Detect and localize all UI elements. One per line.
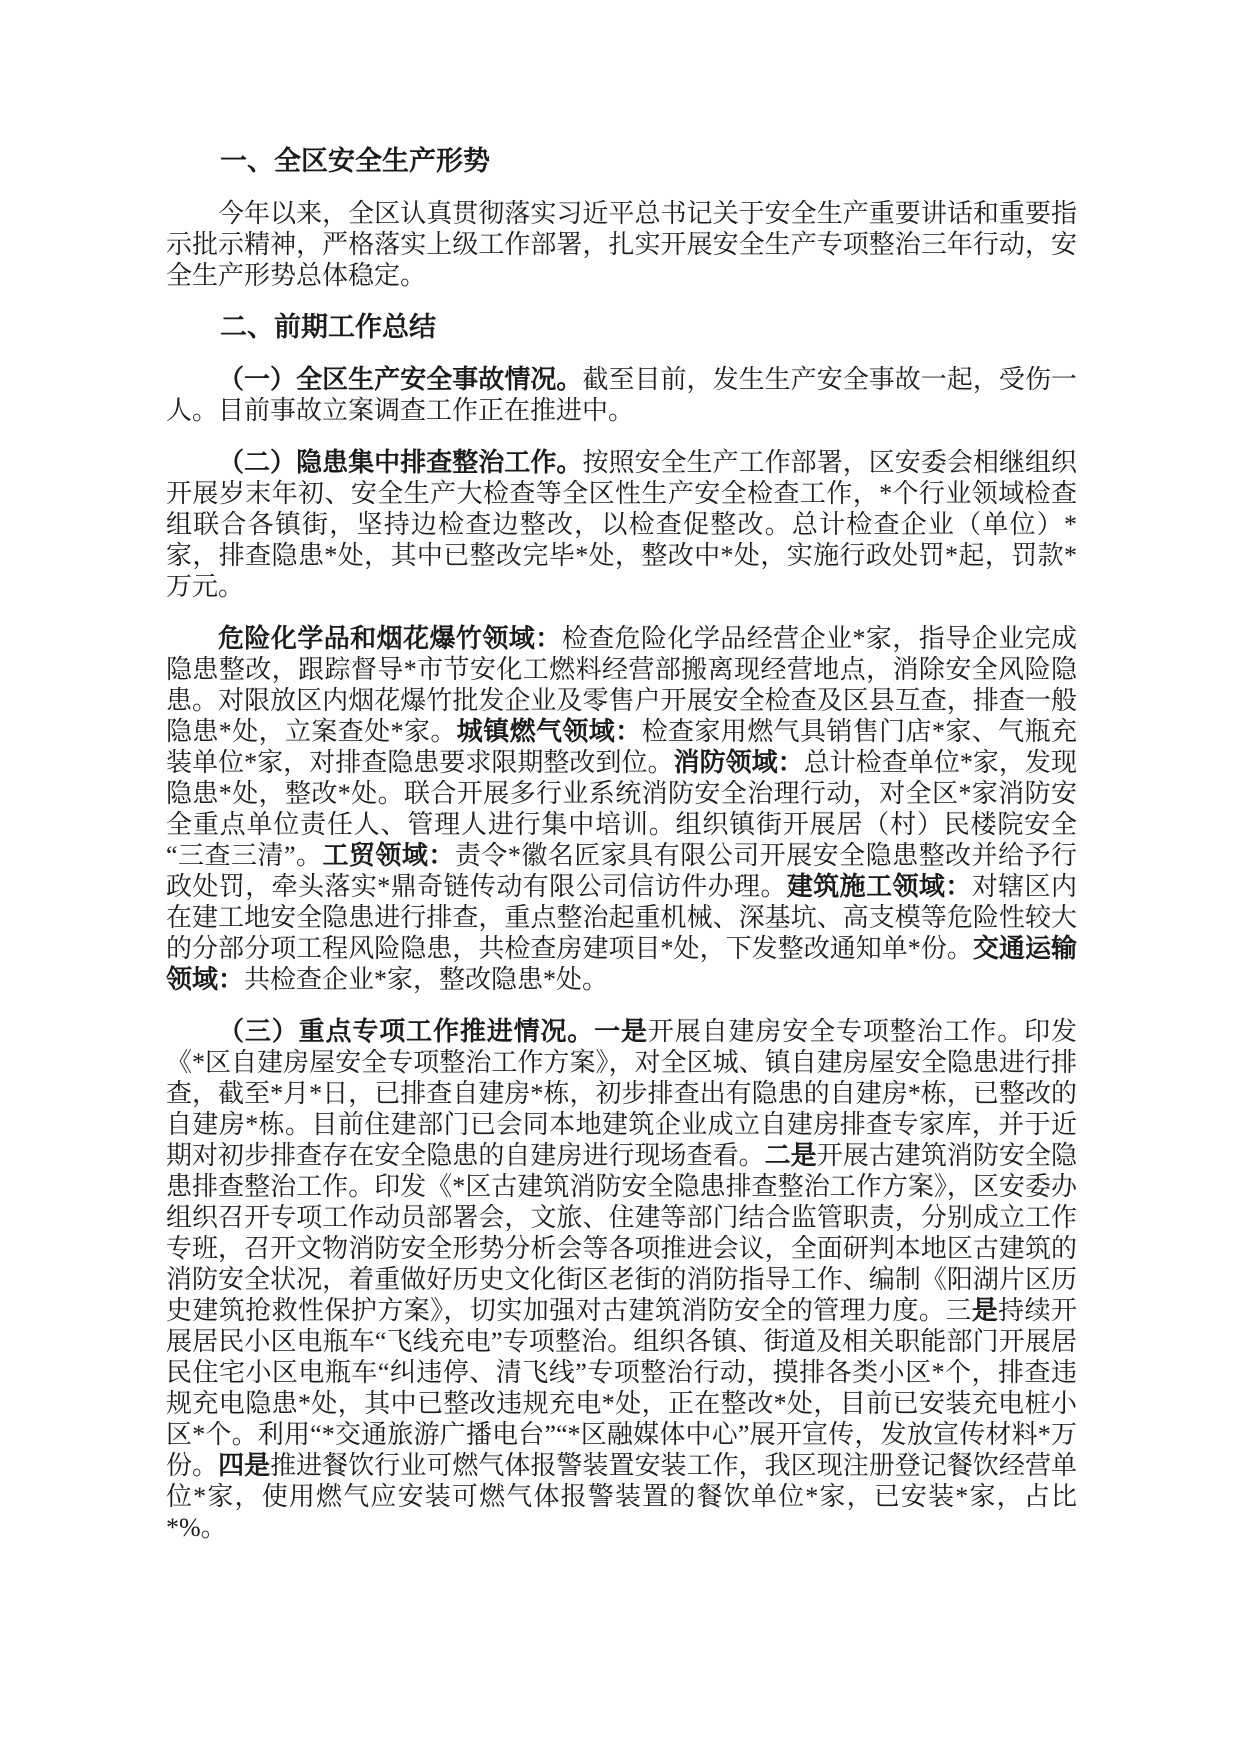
bold-label-construction: 建筑施工领域：	[787, 871, 972, 901]
bold-label-fire: 消防领域：	[674, 747, 804, 777]
bold-leadin-second: 二是	[765, 1140, 817, 1170]
bold-label-hazchem: 危险化学品和烟花爆竹领域：	[218, 623, 562, 653]
section-heading-2: 二、前期工作总结	[166, 312, 1077, 343]
bold-label-gas: 城镇燃气领域：	[457, 716, 642, 746]
bold-leadin: （一）全区生产安全事故情况。	[218, 364, 582, 394]
paragraph-hazard-inspection: （二）隐患集中排查整治工作。按照安全生产工作部署，区安委会相继组织开展岁末年初、…	[166, 447, 1077, 602]
bold-leadin: （二）隐患集中排查整治工作。	[218, 447, 582, 477]
paragraph-overview: 今年以来，全区认真贯彻落实习近平总书记关于安全生产重要讲话和重要指示批示精神，严…	[166, 198, 1077, 291]
paragraph-domains: 危险化学品和烟花爆竹领域：检查危险化学品经营企业*家，指导企业完成隐患整改，跟踪…	[166, 623, 1077, 995]
paragraph-special-projects: （三）重点专项工作推进情况。一是开展自建房安全专项整治工作。印发《*区自建房屋安…	[166, 1016, 1077, 1543]
document-page: 一、全区安全生产形势 今年以来，全区认真贯彻落实习近平总书记关于安全生产重要讲话…	[0, 0, 1240, 1754]
body-text: 今年以来，全区认真贯彻落实习近平总书记关于安全生产重要讲话和重要指示批示精神，严…	[166, 199, 1077, 290]
body-text: 推进餐饮行业可燃气体报警装置安装工作，我区现注册登记餐饮经营单位*家，使用燃气应…	[166, 1451, 1077, 1542]
bold-leadin-third: 是	[972, 1295, 998, 1325]
bold-label-industry: 工贸领域：	[322, 840, 454, 870]
paragraph-accidents: （一）全区生产安全事故情况。截至目前，发生生产安全事故一起，受伤一人。目前事故立…	[166, 364, 1077, 426]
bold-leadin-first: （三）重点专项工作推进情况。一是	[218, 1016, 648, 1046]
section-heading-1: 一、全区安全生产形势	[166, 146, 1077, 177]
body-text: 共检查企业*家，整改隐患*处。	[244, 965, 608, 994]
bold-leadin-fourth: 四是	[218, 1450, 270, 1480]
